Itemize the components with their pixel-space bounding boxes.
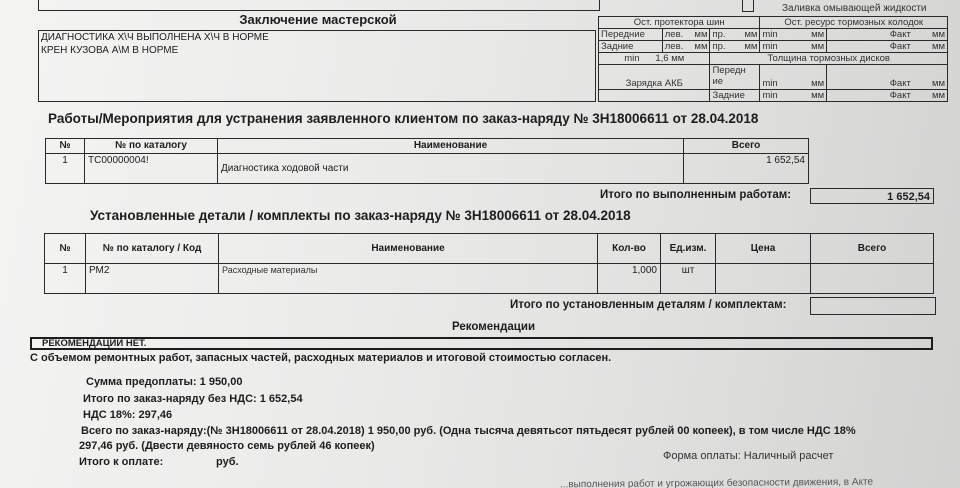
parts-total-label: Итого по установленным деталям / комплек…: [510, 299, 786, 311]
min-tread: min 1,6 мм: [599, 53, 710, 65]
row-num: 1: [46, 154, 85, 184]
conclusion-box: ДИАГНОСТИКА Х\Ч ВЫПОЛНЕНА Х\Ч В НОРМЕ КР…: [38, 30, 596, 102]
front-pad-fact[interactable]: Факт мм: [827, 29, 948, 41]
row-unit: шт: [661, 264, 716, 294]
parts-table: № № по каталогу / Код Наименование Кол-в…: [44, 233, 934, 294]
rear-pad-fact[interactable]: Факт мм: [827, 41, 948, 53]
col-price: Цена: [716, 234, 811, 264]
disc-rear-fact[interactable]: Факт мм: [827, 90, 948, 102]
row-catalog: ТС00000004!: [85, 154, 218, 184]
washer-fluid-checkbox[interactable]: [742, 0, 754, 12]
row-price: [716, 264, 811, 294]
rear-label: Задние: [599, 41, 663, 53]
conclusion-line: ДИАГНОСТИКА Х\Ч ВЫПОЛНЕНА Х\Ч В НОРМЕ: [41, 31, 593, 44]
col-unit: Ед.изм.: [661, 234, 716, 264]
grand-total-line-1: Всего по заказ-наряду:(№ 3Н18006611 от 2…: [81, 425, 856, 437]
works-title: Работы/Мероприятия для устранения заявле…: [48, 111, 758, 126]
vat-amount: НДС 18%: 297,46: [83, 409, 172, 421]
front-label: Передние: [599, 29, 663, 41]
rear-left-tread[interactable]: лев. мм: [662, 41, 710, 53]
total-without-vat: Итого по заказ-наряду без НДС: 1 652,54: [83, 393, 303, 405]
battery-charge-value[interactable]: [599, 90, 710, 102]
rear-right-tread[interactable]: пр. мм: [710, 41, 760, 53]
works-total-label: Итого по выполненным работам:: [600, 189, 791, 201]
disc-front-label: Передние: [710, 65, 760, 90]
col-name: Наименование: [219, 234, 598, 264]
works-total-value: 1 652,54: [810, 188, 934, 204]
col-qty: Кол-во: [598, 234, 661, 264]
col-name: Наименование: [218, 139, 684, 154]
brake-discs-header: Толщина тормозных дисков: [710, 53, 948, 65]
col-num: №: [45, 234, 86, 264]
rear-pad-min[interactable]: min мм: [760, 41, 827, 53]
row-num: 1: [45, 264, 86, 294]
row-total: [811, 264, 934, 294]
row-name: Расходные материалы: [219, 264, 598, 294]
grand-total-line-2: 297,46 руб. (Двести девяносто семь рубле…: [79, 440, 375, 452]
table-row: 1 ТС00000004! Диагностика ходовой части …: [46, 154, 809, 184]
brake-pads-header: Ост. ресурс тормозных колодок: [760, 17, 948, 29]
col-total: Всего: [684, 139, 809, 154]
row-catalog: РМ2: [86, 264, 219, 294]
col-total: Всего: [811, 234, 934, 264]
col-catalog: № по каталогу / Код: [86, 234, 219, 264]
battery-charge-label: Зарядка АКБ: [599, 65, 710, 90]
col-num: №: [46, 139, 85, 154]
washer-fluid-label: Заливка омывающей жидкости: [782, 3, 927, 14]
inspection-grid: Ост. протектора шин Ост. ресурс тормозны…: [598, 16, 948, 102]
front-pad-min[interactable]: min мм: [760, 29, 827, 41]
disc-front-fact[interactable]: Факт мм: [827, 65, 948, 90]
row-qty: 1,000: [598, 264, 661, 294]
disc-front-min[interactable]: min мм: [760, 65, 827, 90]
conclusion-title: Заключение мастерской: [38, 11, 598, 29]
top-frame-edge: [38, 0, 600, 11]
bottom-cut-text: ...выполнения работ и угрожающих безопас…: [560, 477, 873, 488]
works-table: № № по каталогу Наименование Всего 1 ТС0…: [45, 138, 809, 184]
row-name: Диагностика ходовой части: [218, 154, 684, 184]
parts-title: Установленные детали / комплекты по зака…: [90, 208, 631, 223]
disc-rear-min[interactable]: min мм: [760, 90, 827, 102]
parts-total-value: [810, 297, 936, 315]
front-left-tread[interactable]: лев. мм: [662, 29, 710, 41]
prepayment: Сумма предоплаты: 1 950,00: [86, 376, 242, 388]
agreement-text: С объемом ремонтных работ, запасных част…: [30, 352, 611, 364]
disc-rear-label: Задние: [710, 90, 760, 102]
recommendations-title: Рекомендации: [452, 321, 535, 333]
to-pay-currency: руб.: [216, 456, 239, 468]
row-total: 1 652,54: [684, 154, 809, 184]
front-right-tread[interactable]: пр. мм: [710, 29, 760, 41]
table-row: 1 РМ2 Расходные материалы 1,000 шт: [45, 264, 934, 294]
to-pay-label: Итого к оплате:: [79, 456, 163, 468]
payment-form: Форма оплаты: Наличный расчет: [663, 450, 833, 462]
recommendations-box: РЕКОМЕНДАЦИИ НЕТ.: [30, 337, 933, 350]
conclusion-line: КРЕН КУЗОВА А\М В НОРМЕ: [41, 44, 593, 57]
tread-header: Ост. протектора шин: [599, 17, 760, 29]
col-catalog: № по каталогу: [85, 139, 218, 154]
